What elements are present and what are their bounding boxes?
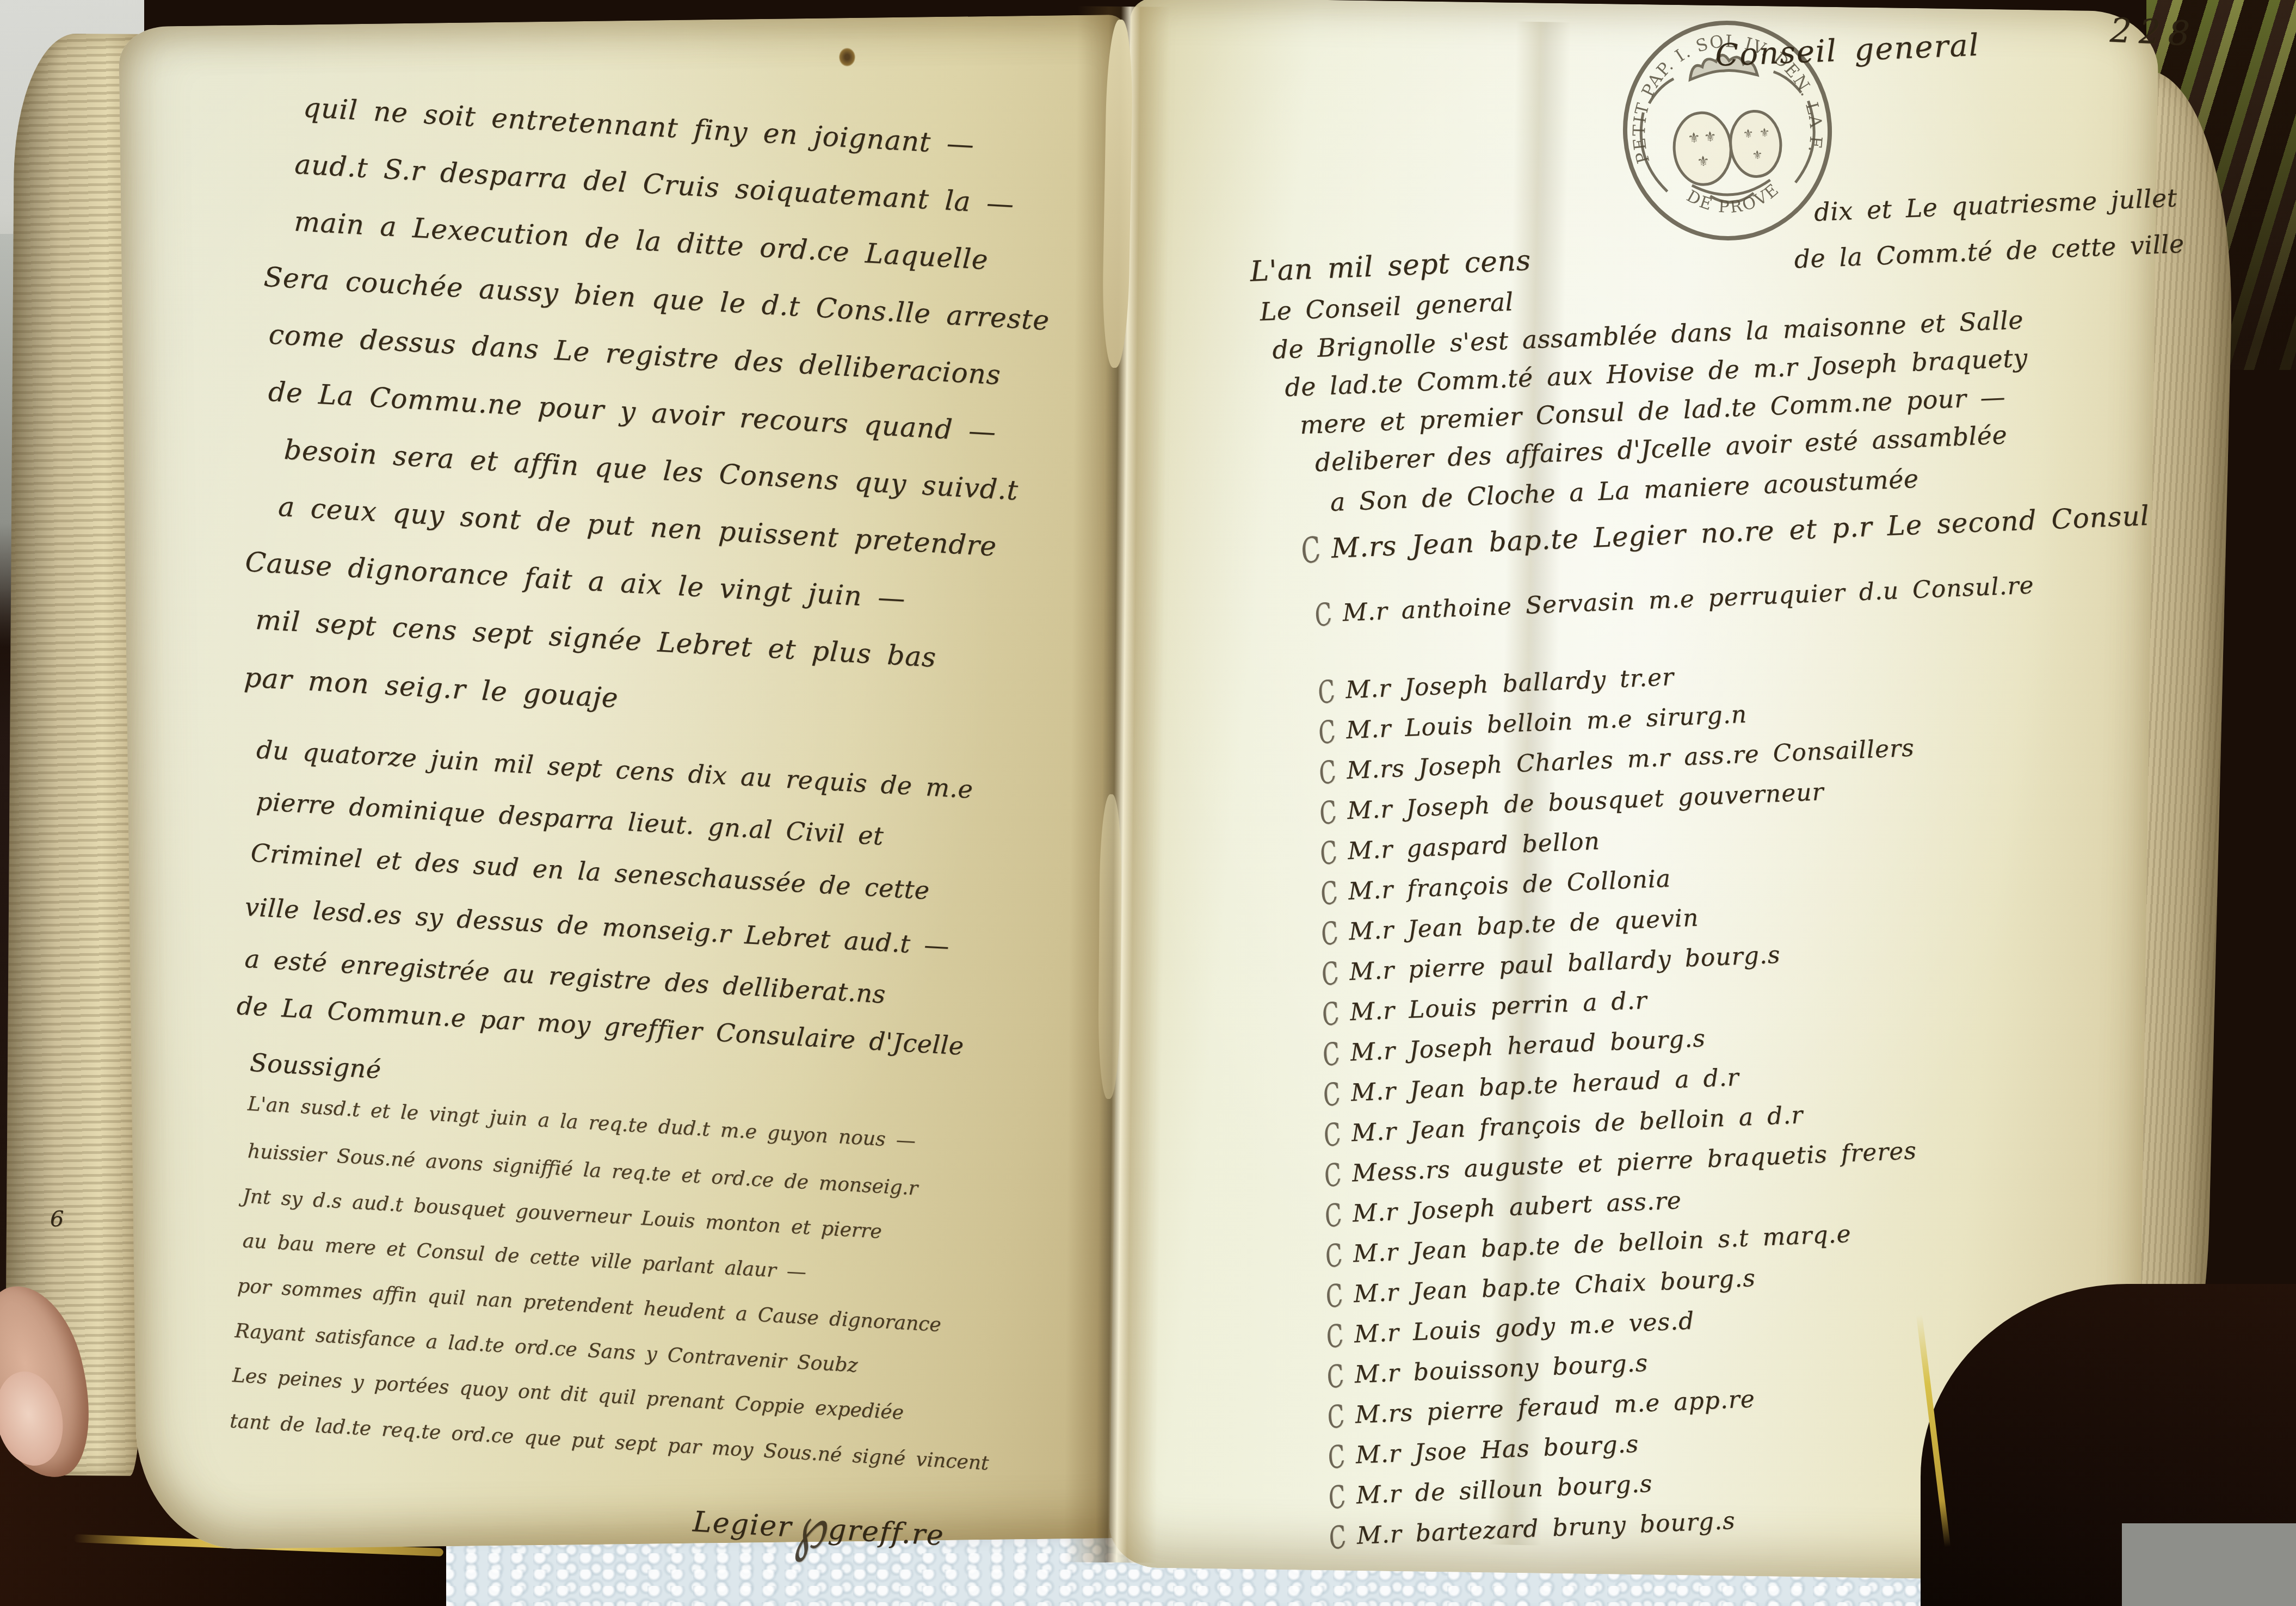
attendee-name: M.r bouissony bourg.s	[1354, 1349, 1649, 1389]
attendee-row: CM.r françois de Collonia	[1321, 865, 1671, 907]
manuscript-line: Soussigné	[249, 1048, 382, 1084]
attendee-flourish-icon: C	[1316, 753, 1341, 792]
manuscript-line: Cause dignorance fait a aix le vingt jui…	[244, 546, 906, 615]
attendee-name: M.r Joseph aubert ass.re	[1352, 1187, 1682, 1227]
attendee-name: Mess.rs auguste et pierre braquetis frer…	[1351, 1137, 1917, 1188]
attendee-name: M.r françois de Collonia	[1348, 865, 1671, 906]
manuscript-line: main a Lexecution de la ditte ord.ce Laq…	[293, 206, 989, 276]
heading: Conseil general	[1714, 28, 1980, 73]
attendee-name: M.r Louis gody m.e ves.d	[1354, 1307, 1695, 1348]
attendee-name: M.r Jean bap.te de quevin	[1348, 904, 1699, 946]
attendee-flourish-icon: C	[1317, 874, 1342, 912]
manuscript-line: besoin sera et affin que les Consens quy…	[283, 434, 1020, 506]
attendee-row: CM.r Jean françois de belloin a d.r	[1324, 1101, 1804, 1148]
attendee-row: CM.r Louis gody m.e ves.d	[1326, 1307, 1695, 1349]
attendee-flourish-icon: C	[1322, 1276, 1347, 1315]
attendee-row: CM.r Jsoe Has bourg.s	[1328, 1430, 1639, 1471]
manuscript-photo: 228 PETIT PAP. I. SOL IV. DEN. LA F. DE …	[0, 0, 2296, 1606]
manuscript-line: dix et Le quatriesme jullet	[1813, 183, 2178, 227]
attendee-name: M.r Jean bap.te heraud a d.r	[1350, 1064, 1740, 1107]
attendee-name: M.r de silloun bourg.s	[1356, 1470, 1653, 1510]
attendee-flourish-icon: C	[1311, 595, 1336, 634]
attendee-row: CM.r Jean bap.te de quevin	[1322, 904, 1700, 947]
attendee-row: CM.r anthoine Servasin m.e perruquier d.…	[1315, 571, 2034, 628]
attendee-flourish-icon: C	[1316, 793, 1341, 832]
attendee-row: CM.r de silloun bourg.s	[1329, 1470, 1653, 1511]
manuscript-line: au bau mere et Consul de cette ville par…	[242, 1230, 807, 1283]
manuscript-line: Rayant satisfance a lad.te ord.ce Sans y…	[234, 1320, 859, 1377]
attendee-row: CM.r Jean bap.te Chaix bourg.s	[1326, 1264, 1756, 1309]
attendee-flourish-icon: C	[1321, 1196, 1346, 1234]
attendee-flourish-icon: C	[1297, 529, 1325, 573]
attendee-row: CM.r Joseph de bousquet gouverneur	[1320, 778, 1825, 826]
attendee-name: M.r Jean bap.te Chaix bourg.s	[1353, 1264, 1756, 1308]
attendee-flourish-icon: C	[1318, 954, 1343, 993]
attendee-row: CM.r gaspard bellon	[1320, 827, 1601, 867]
attendee-flourish-icon: C	[1320, 1115, 1345, 1154]
attendee-name: M.r Jean françois de belloin a d.r	[1351, 1101, 1804, 1147]
attendee-flourish-icon: C	[1318, 995, 1343, 1033]
manuscript-line: L'an susd.t et le vingt juin a la req.te…	[247, 1092, 916, 1152]
attendee-flourish-icon: C	[1324, 1397, 1349, 1436]
attendee-row: CM.rs pierre feraud m.e app.re	[1328, 1385, 1755, 1430]
attendee-name: M.r Joseph de bousquet gouverneur	[1347, 778, 1824, 825]
manuscript-line: come dessus dans Le registre des dellibe…	[268, 318, 1002, 391]
margin-mark: 6	[50, 1207, 64, 1232]
attendee-name: M.r pierre paul ballardy bourg.s	[1349, 941, 1781, 986]
attendee-flourish-icon: C	[1317, 833, 1342, 872]
attendee-name: M.r Jsoe Has bourg.s	[1355, 1430, 1639, 1469]
attendee-flourish-icon: C	[1324, 1437, 1349, 1476]
attendee-flourish-icon: C	[1319, 1075, 1344, 1114]
attendee-row: CM.r Jean bap.te de belloin s.t marq.e	[1325, 1220, 1851, 1269]
attendee-name: M.r anthoine Servasin m.e perruquier d.u…	[1342, 571, 2035, 627]
attendee-row: CM.r Joseph aubert ass.re	[1325, 1187, 1682, 1228]
right-page-text: Conseil general L'an mil sept cens dix e…	[1240, 0, 2238, 1588]
attendee-name: M.r Louis belloin m.e sirurg.n	[1345, 701, 1748, 745]
attendee-row: CM.r Joseph ballardy tr.er	[1318, 663, 1675, 705]
manuscript-line: L'an mil sept cens	[1249, 244, 1531, 288]
worm-hole	[839, 48, 855, 66]
manuscript-line: de la Comm.té de cette ville	[1793, 229, 2184, 274]
attendee-flourish-icon: C	[1315, 713, 1340, 751]
manuscript-line: mil sept cens sept signée Lebret et plus…	[255, 604, 937, 674]
attendee-name: M.r Jean bap.te de belloin s.t marq.e	[1353, 1220, 1852, 1268]
manuscript-line: pierre dominique desparra lieut. gn.al C…	[256, 786, 885, 850]
attendee-name: M.r Joseph ballardy tr.er	[1345, 663, 1675, 704]
attendee-flourish-icon: C	[1317, 914, 1342, 953]
attendee-flourish-icon: C	[1323, 1357, 1348, 1395]
attendee-flourish-icon: C	[1322, 1236, 1347, 1275]
attendee-name: M.r gaspard bellon	[1347, 827, 1600, 866]
signature-name: Legier	[692, 1505, 793, 1543]
manuscript-line: par mon seig.r le gouaje	[243, 662, 619, 714]
manuscript-line: Jnt sy d.s aud.t bousquet gouverneur Lou…	[242, 1185, 882, 1243]
attendee-flourish-icon: C	[1325, 1518, 1350, 1556]
manuscript-line: aud.t S.r desparra del Cruis soiquateman…	[294, 149, 1015, 220]
attendee-row: CM.r bouissony bourg.s	[1327, 1349, 1649, 1390]
attendee-row: CM.r Louis belloin m.e sirurg.n	[1319, 701, 1748, 746]
attendee-flourish-icon: C	[1319, 1035, 1344, 1073]
attendee-name: M.rs Joseph Charles m.r ass.re Consaille…	[1346, 734, 1915, 785]
left-page-text: quil ne soit entretennant finy en joigna…	[190, 82, 1152, 1597]
attendee-flourish-icon: C	[1314, 672, 1340, 711]
signature: Legier℘greff.re	[692, 1505, 945, 1552]
signature-title: greff.re	[827, 1513, 945, 1552]
attendee-name: M.r bartezard bruny bourg.s	[1356, 1507, 1736, 1550]
attendee-row: CM.r Jean bap.te heraud a d.r	[1323, 1064, 1739, 1108]
attendee-flourish-icon: C	[1320, 1156, 1345, 1194]
manuscript-line: de La Commu.ne pour y avoir recours quan…	[268, 376, 997, 448]
attendee-row: CM.r Louis perrin a d.r	[1322, 986, 1647, 1027]
attendee-flourish-icon: C	[1325, 1478, 1350, 1516]
attendee-row: CM.r Joseph heraud bourg.s	[1323, 1024, 1706, 1067]
attendee-row: CMess.rs auguste et pierre braquetis fre…	[1324, 1137, 1917, 1189]
signature-paraph-icon: ℘	[793, 1493, 828, 1564]
attendee-name: M.rs pierre feraud m.e app.re	[1355, 1385, 1756, 1429]
manuscript-line: Criminel et des sud en la seneschaussée …	[250, 838, 930, 905]
attendee-row: CM.r bartezard bruny bourg.s	[1329, 1507, 1736, 1551]
attendee-name: M.r Louis perrin a d.r	[1349, 986, 1647, 1026]
attendee-row: CM.r pierre paul ballardy bourg.s	[1322, 941, 1781, 987]
manuscript-line: Le Conseil general	[1260, 287, 1514, 326]
attendee-name: M.r Joseph heraud bourg.s	[1350, 1024, 1706, 1066]
manuscript-line: a ceux quy sont de put nen puissent pret…	[277, 491, 998, 563]
attendee-flourish-icon: C	[1323, 1317, 1348, 1355]
